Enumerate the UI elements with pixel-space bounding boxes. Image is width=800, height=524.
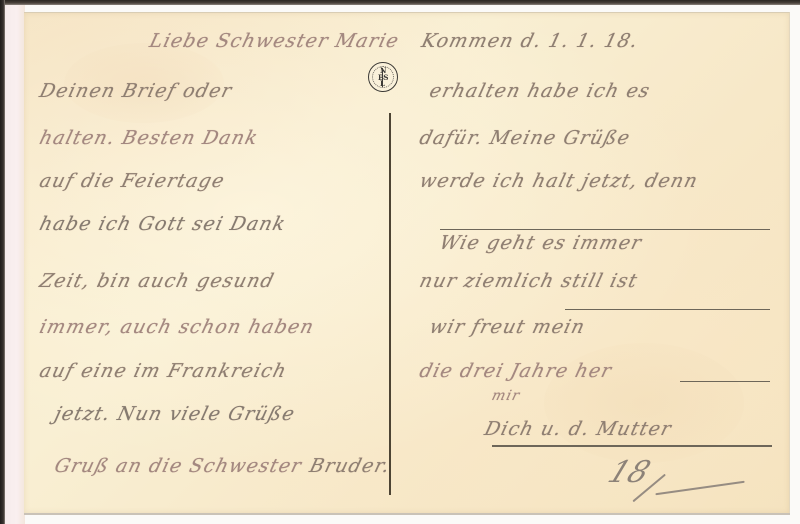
card-edge-shadow	[24, 513, 790, 515]
center-divider-line	[389, 113, 391, 495]
handwriting-insertion: mir	[490, 388, 522, 404]
handwriting-line: Liebe Schwester Marie	[147, 30, 401, 52]
handwriting-line: erhalten habe ich es	[427, 80, 653, 102]
handwriting-line: wir freut mein	[427, 316, 588, 338]
handwriting-line: Gruß an die Schwester	[52, 455, 304, 477]
handwriting-line: Wie geht es immer	[437, 232, 644, 254]
handwriting-line: auf die Feiertage	[37, 170, 227, 192]
handwriting-line: Deinen Brief oder	[37, 80, 235, 102]
handwriting-line: nur ziemlich still ist	[417, 270, 640, 292]
address-line-1	[440, 229, 770, 230]
address-line-3	[680, 381, 770, 382]
logo-letter-l: L	[380, 80, 385, 87]
handwriting-line: die drei Jahre her	[417, 360, 614, 382]
address-line-4	[492, 445, 772, 447]
handwriting-dateline: Kommen d. 1. 1. 18.	[419, 30, 641, 52]
handwriting-line: Dich u. d. Mutter	[482, 418, 674, 440]
handwriting-line: werde ich halt jetzt, denn	[417, 170, 700, 192]
handwriting-line: jetzt. Nun viele Grüße	[52, 403, 297, 425]
handwriting-line: auf eine im Frankreich	[37, 360, 289, 382]
handwriting-line: dafür. Meine Grüße	[417, 127, 633, 149]
postcard-scan: N BS L Liebe Schwester Marie Deinen Brie…	[0, 0, 800, 524]
handwriting-closing: Bruder.	[307, 455, 393, 477]
nbs-publisher-logo-icon: N BS L	[368, 62, 398, 92]
handwriting-line: halten. Besten Dank	[37, 127, 261, 149]
scan-margin	[5, 5, 25, 524]
handwriting-line: immer, auch schon haben	[37, 316, 317, 338]
address-line-2	[565, 309, 770, 310]
handwriting-line: Zeit, bin auch gesund	[37, 270, 277, 292]
scanner-top-edge	[0, 0, 800, 5]
handwriting-line: habe ich Gott sei Dank	[37, 213, 288, 235]
